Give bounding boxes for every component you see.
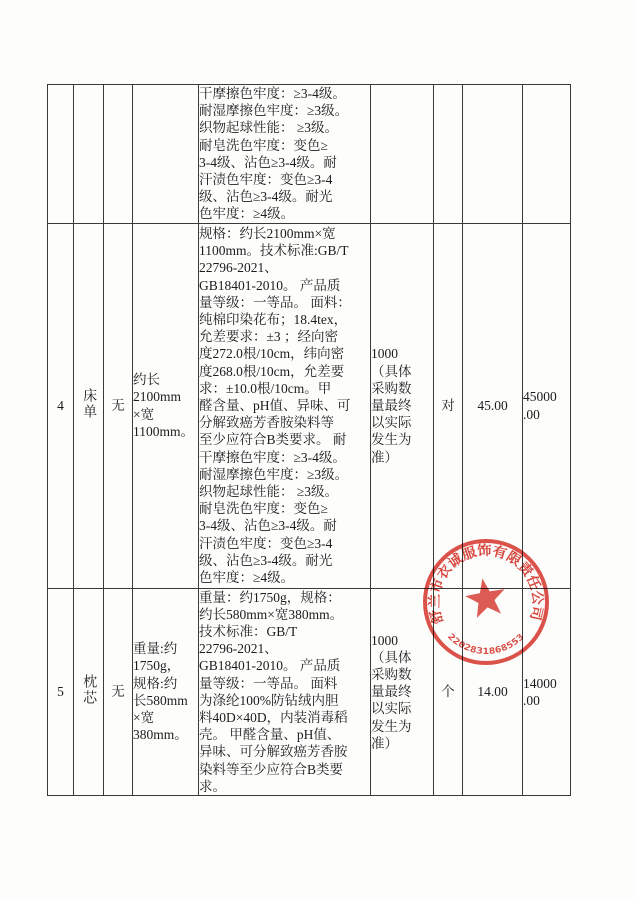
seal-number: 2202831868553 [445, 632, 526, 657]
svg-text:2202831868553: 2202831868553 [445, 632, 526, 657]
procurement-spec-table: 干摩擦色牢度：≥3-4级。 耐湿摩擦色牢度：≥3级。 织物起球性能： ≥3级。 … [47, 84, 571, 796]
seq-cell [48, 85, 74, 224]
table-row-continuation: 干摩擦色牢度：≥3-4级。 耐湿摩擦色牢度：≥3级。 织物起球性能： ≥3级。 … [48, 85, 571, 224]
seal-company-name: 舒兰市衣诚服饰有限责任公司 [426, 542, 546, 627]
spec-cell: 重量:约 1750g， 规格:约 长580mm ×宽 380mm。 [133, 588, 199, 795]
unit-cell [434, 85, 463, 224]
star-icon [463, 575, 509, 619]
scanned-document-page: 干摩擦色牢度：≥3-4级。 耐湿摩擦色牢度：≥3级。 织物起球性能： ≥3级。 … [0, 0, 635, 898]
spec-cell [133, 85, 199, 224]
brand-cell: 无 [104, 223, 133, 588]
quantity-cell [371, 85, 434, 224]
company-seal-graphic: 舒兰市衣诚服饰有限责任公司 2202831868553 [416, 532, 556, 672]
detail-cell: 干摩擦色牢度：≥3-4级。 耐湿摩擦色牢度：≥3级。 织物起球性能： ≥3级。 … [199, 85, 371, 224]
item-name-cell [74, 85, 104, 224]
total-cell [523, 85, 571, 224]
svg-text:舒兰市衣诚服饰有限责任公司: 舒兰市衣诚服饰有限责任公司 [426, 542, 546, 627]
item-name: 枕芯 [80, 674, 97, 706]
item-name-cell: 枕芯 [74, 588, 104, 795]
detail-cell: 重量：约1750g，规格： 约长580mm×宽380mm。 技术标准：GB/T … [199, 588, 371, 795]
spec-cell: 约长 2100mm ×宽 1100mm。 [133, 223, 199, 588]
seq-cell: 5 [48, 588, 74, 795]
company-seal: 舒兰市衣诚服饰有限责任公司 2202831868553 [416, 532, 556, 672]
brand-cell: 无 [104, 588, 133, 795]
seq-cell: 4 [48, 223, 74, 588]
item-name-cell: 床单 [74, 223, 104, 588]
item-name: 床单 [80, 388, 97, 420]
unit-price-cell [463, 85, 523, 224]
brand-cell [104, 85, 133, 224]
detail-cell: 规格：约长2100mm×宽 1100mm。技术标准:GB/T 22796-202… [199, 223, 371, 588]
